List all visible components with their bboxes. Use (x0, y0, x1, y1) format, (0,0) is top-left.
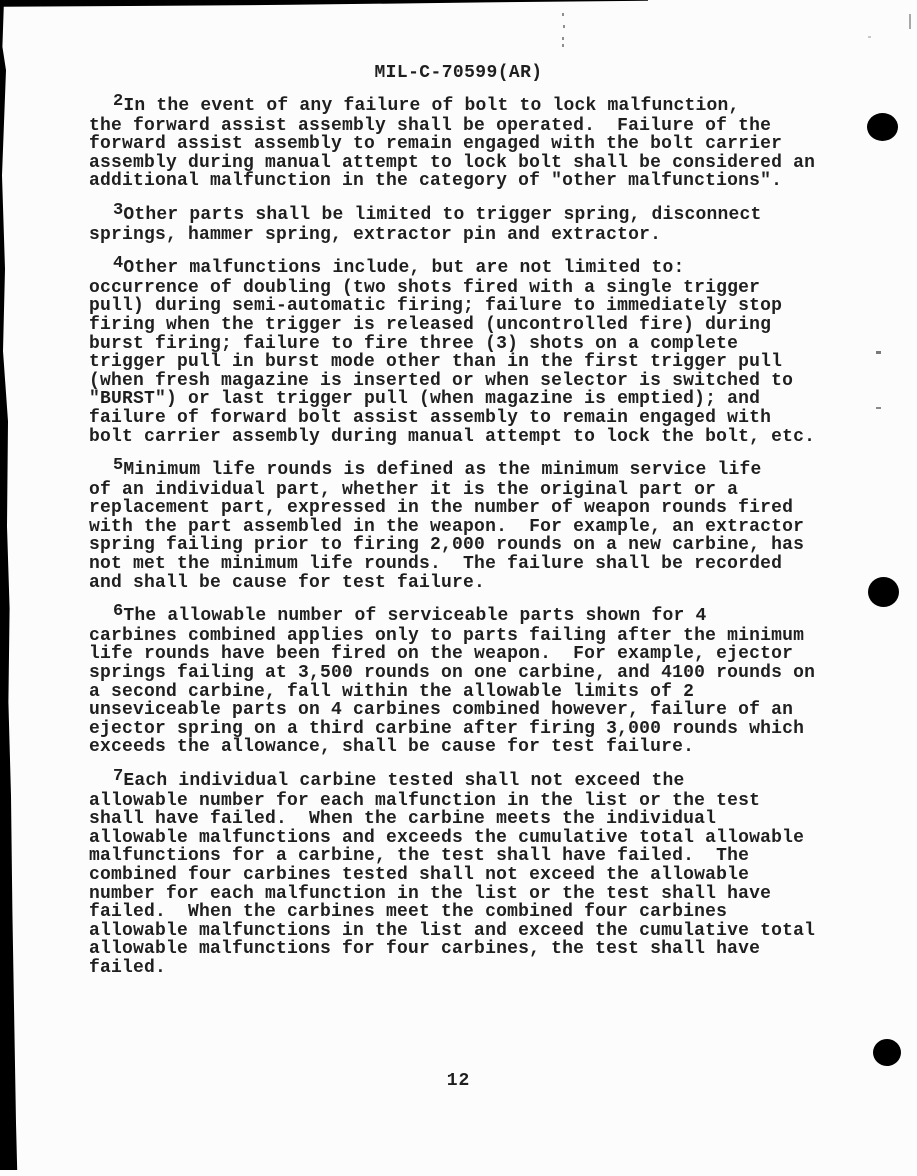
page-number: 12 (0, 1071, 917, 1091)
footnote-number: 4 (113, 255, 123, 274)
paragraph-text: of an individual part, whether it is the… (89, 481, 839, 593)
paragraph-text: Minimum life rounds is defined as the mi… (123, 460, 761, 480)
scan-speck (876, 351, 881, 354)
punch-dot-bottom (873, 1039, 901, 1066)
document-body: 2In the event of any failure of bolt to … (89, 97, 839, 978)
footnote-number: 3 (113, 202, 123, 221)
paragraph-text: The allowable number of serviceable part… (123, 606, 706, 626)
punch-dot-top (867, 113, 898, 141)
paragraph-text: allowable number for each malfunction in… (89, 792, 839, 978)
paragraph-first-line: 7Each individual carbine tested shall no… (89, 772, 839, 792)
paragraph-first-line: 3Other parts shall be limited to trigger… (89, 206, 839, 226)
paragraph-first-line: 4Other malfunctions include, but are not… (89, 259, 839, 279)
footnote-number: 7 (113, 768, 123, 787)
scan-speck (868, 36, 871, 38)
paragraph-text: occurrence of doubling (two shots fired … (89, 279, 839, 446)
footnote-paragraph-6: 6The allowable number of serviceable par… (89, 607, 839, 757)
paragraph-text: Other malfunctions include, but are not … (123, 258, 684, 278)
scan-speck (876, 407, 881, 409)
footnote-number: 2 (113, 93, 123, 112)
paragraph-text: Each individual carbine tested shall not… (123, 771, 684, 791)
footnote-paragraph-2: 2In the event of any failure of bolt to … (89, 97, 839, 191)
scan-edge-left-artifact (0, 0, 20, 1170)
footnote-paragraph-3: 3Other parts shall be limited to trigger… (89, 206, 839, 244)
footnote-paragraph-5: 5Minimum life rounds is defined as the m… (89, 461, 839, 592)
paragraph-text: springs, hammer spring, extractor pin an… (89, 226, 839, 245)
scanned-document-page: MIL-C-70599(AR) 2In the event of any fai… (0, 0, 917, 1176)
footnote-paragraph-7: 7Each individual carbine tested shall no… (89, 772, 839, 978)
paragraph-text: Other parts shall be limited to trigger … (123, 205, 761, 225)
paragraph-text: In the event of any failure of bolt to l… (123, 96, 739, 116)
punch-dot-middle (868, 577, 899, 607)
paragraph-first-line: 6The allowable number of serviceable par… (89, 607, 839, 627)
document-id-header: MIL-C-70599(AR) (0, 63, 917, 83)
paragraph-text: carbines combined applies only to parts … (89, 627, 839, 757)
footnote-paragraph-4: 4Other malfunctions include, but are not… (89, 259, 839, 446)
footnote-number: 6 (113, 603, 123, 622)
paragraph-first-line: 2In the event of any failure of bolt to … (89, 97, 839, 117)
paragraph-first-line: 5Minimum life rounds is defined as the m… (89, 461, 839, 481)
footnote-number: 5 (113, 457, 123, 476)
scan-tick (909, 14, 911, 29)
scan-edge-top-artifact (0, 0, 648, 8)
paragraph-text: the forward assist assembly shall be ope… (89, 117, 839, 191)
